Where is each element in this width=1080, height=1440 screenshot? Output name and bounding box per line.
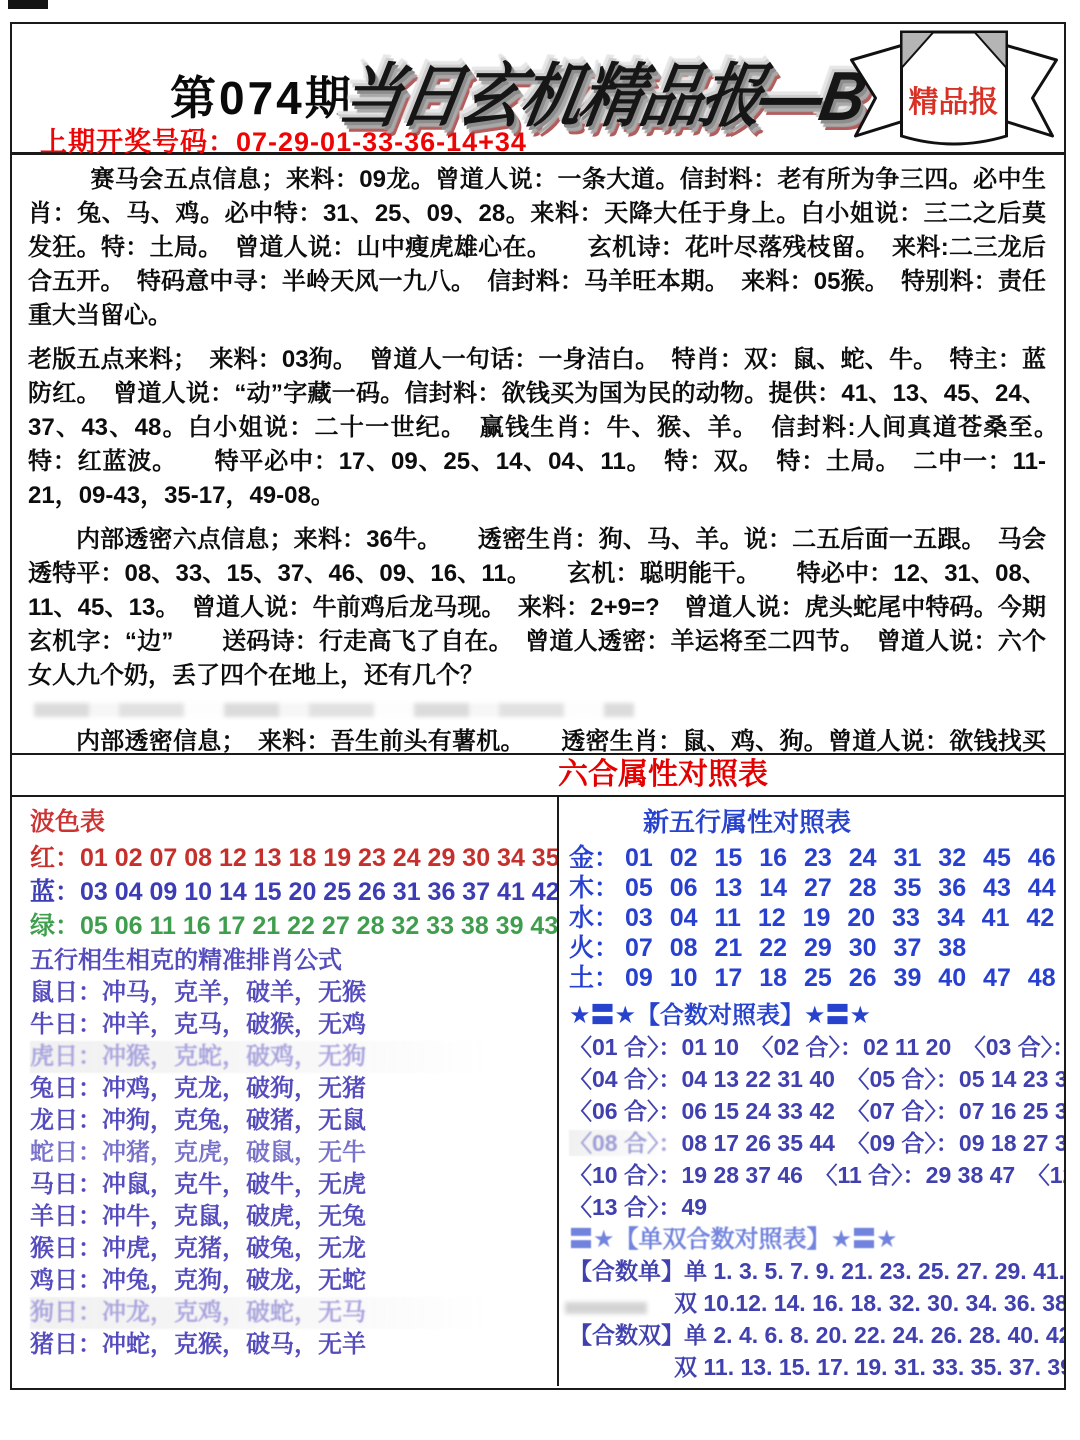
tips-body: 赛马会五点信息；来料：09龙。曾道人说：一条大道。信封料：老有所为争三四。必中生… xyxy=(12,155,1064,755)
wuxing-table-title: 新五行属性对照表 xyxy=(643,807,1054,837)
wuxing-label: 火： xyxy=(569,934,619,962)
zodiac-row: 蛇日：冲猪，克虎，破鼠，无牛 xyxy=(30,1137,551,1169)
blue-wave-label: 蓝： xyxy=(30,878,80,906)
odd-even-table-header: 〓★【单双合数对照表】★〓★ xyxy=(569,1225,1054,1255)
header: 第074期 当日玄机精品报—B 当日玄机精品报—B 精品报 上期开奖号码：07-… xyxy=(12,24,1064,155)
tip-paragraph: 老版五点来料； 来料：03狗。 曾道人一句话：一身洁白。 特肖：双：鼠、蛇、牛。… xyxy=(28,343,1046,513)
red-wave-row: 红：01 02 07 08 12 13 18 19 23 24 29 30 34… xyxy=(30,841,551,875)
green-wave-label: 绿： xyxy=(30,912,80,940)
zodiac-row: 狗日：冲龙，克鸡，破蛇，无马 xyxy=(30,1297,551,1329)
sum-even-line: 【合数双】单 2. 4. 6. 8. 20. 22. 24. 26. 28. 4… xyxy=(569,1319,1054,1351)
zodiac-row: 马日：冲鼠，克牛，破牛，无虎 xyxy=(30,1169,551,1201)
sum-odd-values: 单 1. 3. 5. 7. 9. 21. 23. 25. 27. 29. 41.… xyxy=(684,1258,1064,1284)
zodiac-row: 鸡日：冲兔，克狗，破龙，无蛇 xyxy=(30,1265,551,1297)
wuxing-label: 木： xyxy=(569,874,619,902)
sum-even-values: 单 2. 4. 6. 8. 20. 22. 24. 26. 28. 40. 42… xyxy=(684,1322,1064,1348)
wuxing-numbers: 03 04 11 12 19 20 33 34 41 42 49 xyxy=(625,904,1064,932)
sum-row: 〈01 合〉：01 10 〈02 合〉：02 11 20 〈03 合〉：03 1… xyxy=(569,1031,1054,1063)
wuxing-numbers: 05 06 13 14 27 28 35 36 43 44 xyxy=(625,874,1056,902)
sum-odd-line: 【合数单】单 1. 3. 5. 7. 9. 21. 23. 25. 27. 29… xyxy=(569,1255,1054,1287)
green-wave-numbers: 05 06 11 16 17 21 22 27 28 32 33 38 39 4… xyxy=(80,912,557,940)
issue-number: 第074期 xyxy=(170,62,354,128)
zodiac-row: 兔日：冲鸡，克龙，破狗，无猪 xyxy=(30,1073,551,1105)
wuxing-numbers: 01 02 15 16 23 24 31 32 45 46 xyxy=(625,844,1056,872)
zodiac-row: 龙日：冲狗，克兔，破猪，无鼠 xyxy=(30,1105,551,1137)
sum-row: 〈04 合〉：04 13 22 31 40 〈05 合〉：05 14 23 32… xyxy=(569,1063,1054,1095)
red-wave-numbers: 01 02 07 08 12 13 18 19 23 24 29 30 34 3… xyxy=(80,844,557,872)
scroll-banner: 精品报 xyxy=(840,16,1068,164)
wuxing-column: 新五行属性对照表 金：01 02 15 16 23 24 31 32 45 46… xyxy=(557,797,1064,1386)
masthead-text: 当日玄机精品报—B xyxy=(333,41,921,141)
wuxing-row-gold: 金：01 02 15 16 23 24 31 32 45 46 xyxy=(569,843,1054,873)
zodiac-row: 虎日：冲猴，克蛇，破鸡，无狗 xyxy=(30,1041,551,1073)
erased-mark-smudge xyxy=(565,1302,647,1314)
sum-even-label: 【合数双】 xyxy=(569,1322,684,1348)
wuxing-label: 水： xyxy=(569,904,619,932)
sum-even-even-values: 双 11. 13. 15. 17. 19. 31. 33. 35. 37. 39 xyxy=(569,1351,1054,1383)
sum-row: 〈06 合〉：06 15 24 33 42 〈07 合〉：07 16 25 34… xyxy=(569,1095,1054,1127)
tip-paragraph: 内部透密六点信息；来料：36牛。 透密生肖：狗、马、羊。说：二五后面一五跟。 马… xyxy=(28,523,1046,693)
page-frame: 第074期 当日玄机精品报—B 当日玄机精品报—B 精品报 上期开奖号码：07-… xyxy=(10,22,1066,1390)
wuxing-numbers: 07 08 21 22 29 30 37 38 xyxy=(625,934,966,962)
wuxing-numbers: 09 10 17 18 25 26 39 40 47 48 xyxy=(625,964,1056,992)
blue-wave-row: 蓝：03 04 09 10 14 15 20 25 26 31 36 37 41… xyxy=(30,875,551,909)
sum-odd-label: 【合数单】 xyxy=(569,1258,684,1284)
red-wave-label: 红： xyxy=(30,844,80,872)
zodiac-formula-title: 五行相生相克的精准排肖公式 xyxy=(30,945,551,977)
color-table-title: 波色表 xyxy=(30,807,551,837)
zodiac-row: 猪日：冲蛇，克猴，破马，无羊 xyxy=(30,1329,551,1361)
section-title: 六合属性对照表 xyxy=(558,758,768,791)
tip-paragraph: 赛马会五点信息；来料：09龙。曾道人说：一条大道。信封料：老有所为争三四。必中生… xyxy=(28,163,1046,333)
wuxing-label: 金： xyxy=(569,844,619,872)
reference-tables: 波色表 红：01 02 07 08 12 13 18 19 23 24 29 3… xyxy=(12,797,1064,1386)
zodiac-row: 猴日：冲虎，克猪，破兔，无龙 xyxy=(30,1233,551,1265)
green-wave-row: 绿：05 06 11 16 17 21 22 27 28 32 33 38 39… xyxy=(30,909,551,943)
color-wave-column: 波色表 红：01 02 07 08 12 13 18 19 23 24 29 3… xyxy=(12,797,557,1386)
scan-corner-mark xyxy=(8,0,48,9)
zodiac-row: 牛日：冲羊，克马，破猴，无鸡 xyxy=(30,1009,551,1041)
wuxing-row-fire: 火：07 08 21 22 29 30 37 38 xyxy=(569,933,1054,963)
tip-paragraph: 内部透密信息； 来料：吾生前头有薯机。 透密生肖：鼠、鸡、狗。曾道人说：欲钱找买… xyxy=(28,725,1046,755)
sum-row: 〈08 合〉：08 17 26 35 44 〈09 合〉：09 18 27 36… xyxy=(569,1127,1054,1159)
blue-wave-numbers: 03 04 09 10 14 15 20 25 26 31 36 37 41 4… xyxy=(80,878,557,906)
sum-row-rest: 08 17 26 35 44 〈09 合〉：09 18 27 36 45 xyxy=(681,1130,1064,1156)
wuxing-label: 土： xyxy=(569,964,619,992)
erased-text-smudge xyxy=(34,703,634,717)
sum-row: 〈13 合〉：49 xyxy=(569,1191,1054,1223)
sum-row-faded-label: 〈08 合〉： xyxy=(569,1130,681,1156)
masthead: 当日玄机精品报—B 当日玄机精品报—B xyxy=(342,32,912,136)
wuxing-row-earth: 土：09 10 17 18 25 26 39 40 47 48 xyxy=(569,963,1054,993)
wuxing-row-water: 水：03 04 11 12 19 20 33 34 41 42 49 xyxy=(569,903,1054,933)
zodiac-row: 鼠日：冲马，克羊，破羊，无猴 xyxy=(30,977,551,1009)
tip-sheet-page: 第074期 当日玄机精品报—B 当日玄机精品报—B 精品报 上期开奖号码：07-… xyxy=(0,0,1080,1440)
sum-table-header: ★〓★【合数对照表】★〓★ xyxy=(569,1001,1054,1031)
wuxing-row-wood: 木：05 06 13 14 27 28 35 36 43 44 xyxy=(569,873,1054,903)
banner-label: 精品报 xyxy=(909,86,999,119)
section-title-band: 六合属性对照表 xyxy=(12,755,1064,797)
sum-row: 〈10 合〉：19 28 37 46 〈11 合〉：29 38 47 〈12 合… xyxy=(569,1159,1054,1191)
zodiac-row: 羊日：冲牛，克鼠，破虎，无兔 xyxy=(30,1201,551,1233)
